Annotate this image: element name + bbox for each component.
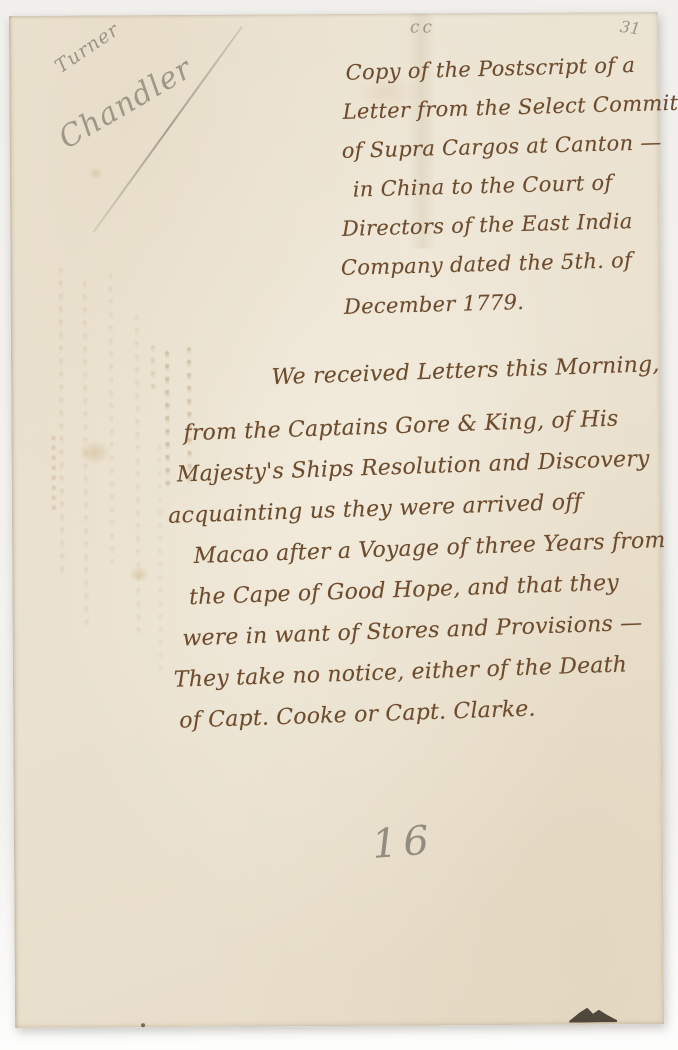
ink-blot <box>569 1004 617 1022</box>
paper-stain <box>124 563 154 585</box>
pencil-copyist-mark: cc <box>410 17 435 37</box>
pencil-page-number: 16 <box>370 817 436 868</box>
ink-showthrough-column <box>108 273 114 563</box>
manuscript-heading: Copy of the Postscript of a Letter from … <box>335 44 678 327</box>
paper-stain <box>86 165 106 181</box>
ink-speck <box>141 1023 145 1027</box>
manuscript-body: We received Letters this Morning, from t… <box>159 344 672 742</box>
paper-stain <box>71 435 117 469</box>
body-line: We received Letters this Morning, <box>271 344 660 398</box>
photograph-backdrop: Turner Chandler cc 31 Copy of the Postsc… <box>0 0 678 1050</box>
ink-showthrough-column <box>58 268 64 578</box>
ink-showthrough-column <box>151 345 155 390</box>
manuscript-page: Turner Chandler cc 31 Copy of the Postsc… <box>9 12 664 1028</box>
pencil-annotation-turner: Turner <box>51 19 123 78</box>
folio-number: 31 <box>619 17 642 39</box>
ink-showthrough-column <box>135 315 141 635</box>
red-ink-showthrough <box>51 436 55 516</box>
